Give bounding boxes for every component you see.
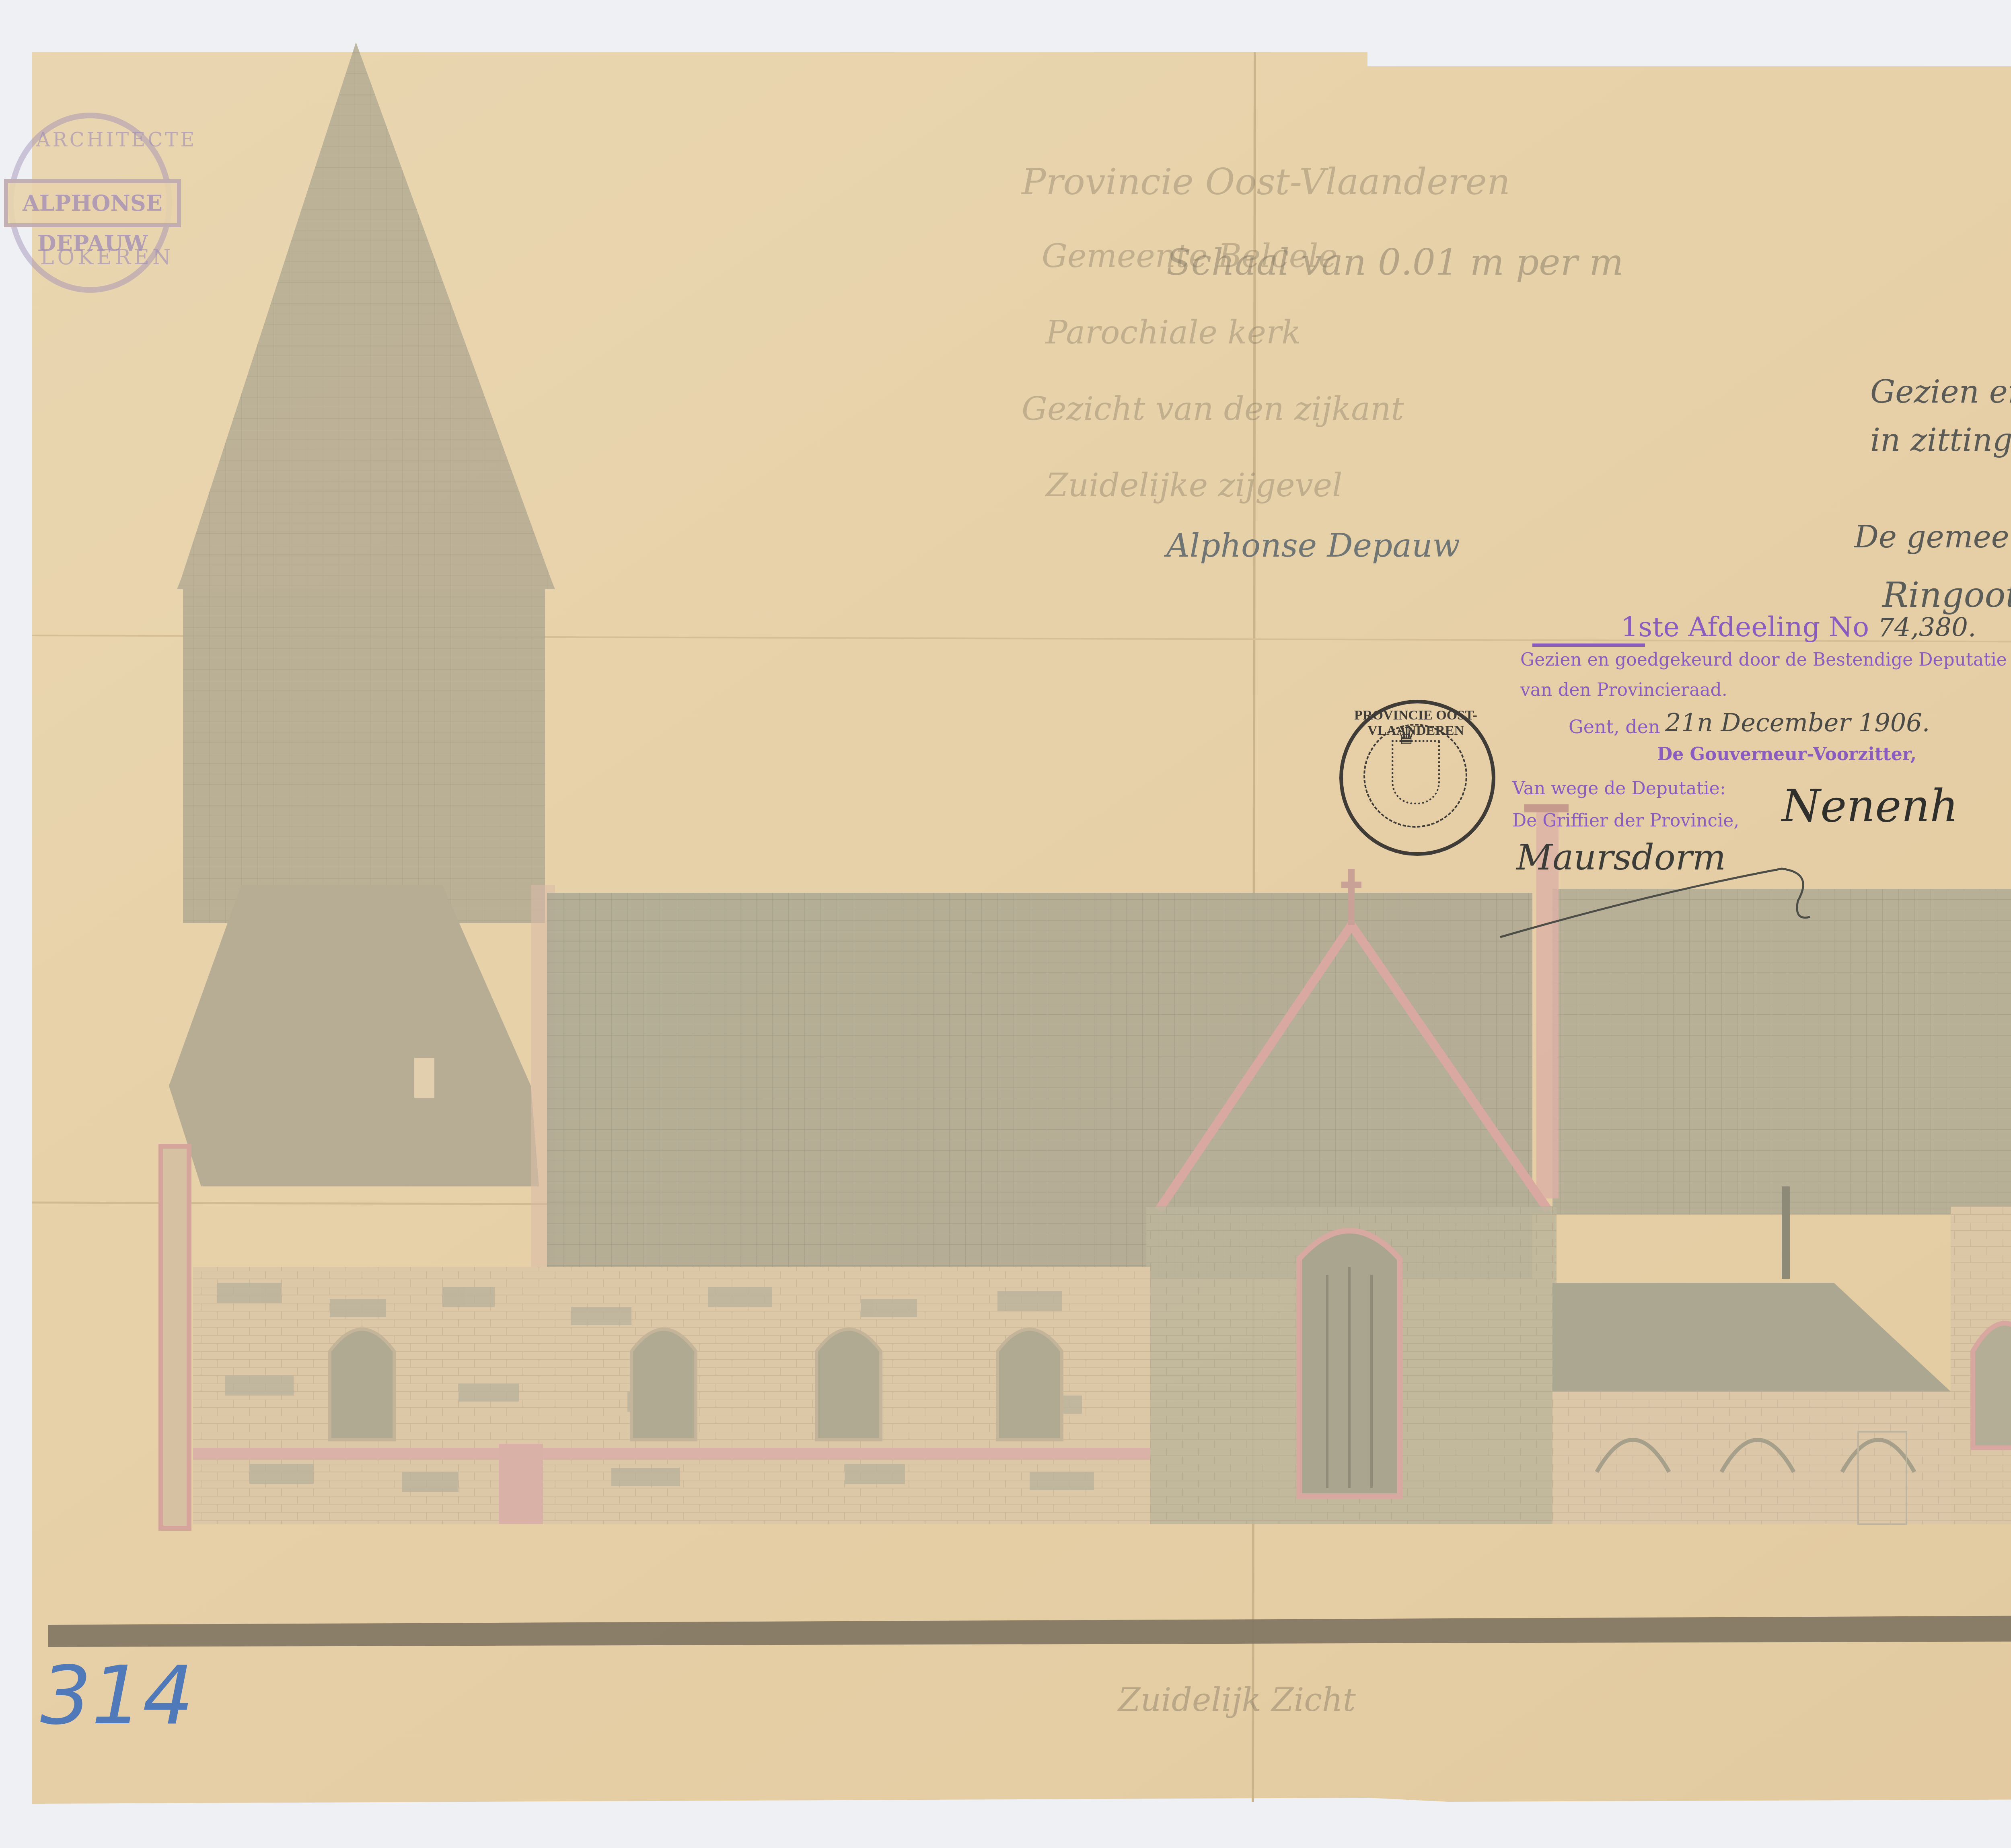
secretary-signature: Ringoot bbox=[1882, 575, 2011, 615]
provincial-stamp: ♛ PROVINCIE OOST-VLAANDEREN bbox=[1339, 700, 1500, 861]
title-line-4: Gezicht van den zijkant bbox=[1022, 390, 1404, 428]
ground-line bbox=[48, 1615, 2011, 1647]
signature-flourish-provincial bbox=[1492, 820, 1935, 941]
title-line-3: Parochiale kerk bbox=[1046, 314, 1301, 351]
municipal-approval-line2: in zitting van 28e Juli 1904. bbox=[1870, 422, 2011, 458]
municipal-approval-line1: Gezien en goedgekeurd door den Gemeenter… bbox=[1870, 374, 2011, 410]
gent-date-label: Gent, den bbox=[1569, 716, 1660, 738]
architect-stamp-top: ARCHITECTE bbox=[36, 129, 197, 151]
document-sheet: ARCHITECTE ALPHONSE DEPAUW LOKEREN Provi… bbox=[0, 0, 2011, 1848]
governor-title: De Gouverneur-Voorzitter, bbox=[1657, 744, 1916, 765]
architect-stamp-bottom: LOKEREN bbox=[40, 245, 174, 269]
scale-label: Schaal van 0.01 m per m bbox=[1166, 241, 1624, 284]
tower bbox=[169, 42, 555, 1287]
sacristy-roof bbox=[1552, 1283, 1951, 1392]
provincial-stamp-text: PROVINCIE OOST-VLAANDEREN bbox=[1347, 708, 1484, 738]
division-number: 74,380. bbox=[1878, 613, 1976, 643]
provincial-line1: Gezien en goedgekeurd door de Bestendige… bbox=[1520, 650, 2007, 670]
deputation-label: Van wege de Deputatie: bbox=[1512, 778, 1726, 799]
gent-date-value: 21n December 1906. bbox=[1665, 708, 1930, 737]
division-label: 1ste Afdeeling No 74,380. bbox=[1621, 611, 1976, 643]
division-underline bbox=[1532, 643, 1645, 647]
secretary-title: De gemeente-secretaris, bbox=[1854, 519, 2011, 555]
division-text: 1ste Afdeeling No bbox=[1621, 611, 1869, 643]
architect-stamp-band: ALPHONSE DEPAUW bbox=[4, 179, 181, 227]
provincial-line2: van den Provincieraad. bbox=[1520, 680, 1727, 700]
title-line-5: Zuidelijke zijgevel bbox=[1046, 467, 1343, 504]
archive-number: 314 bbox=[40, 1649, 194, 1743]
chancel-windows bbox=[1973, 1323, 2011, 1448]
title-line-1: Provincie Oost-Vlaanderen bbox=[1022, 161, 1510, 203]
architect-signature: Alphonse Depauw bbox=[1166, 527, 1460, 564]
architect-stamp: ARCHITECTE ALPHONSE DEPAUW LOKEREN bbox=[8, 113, 165, 286]
bottom-caption: Zuidelijk Zicht bbox=[1118, 1681, 1356, 1718]
